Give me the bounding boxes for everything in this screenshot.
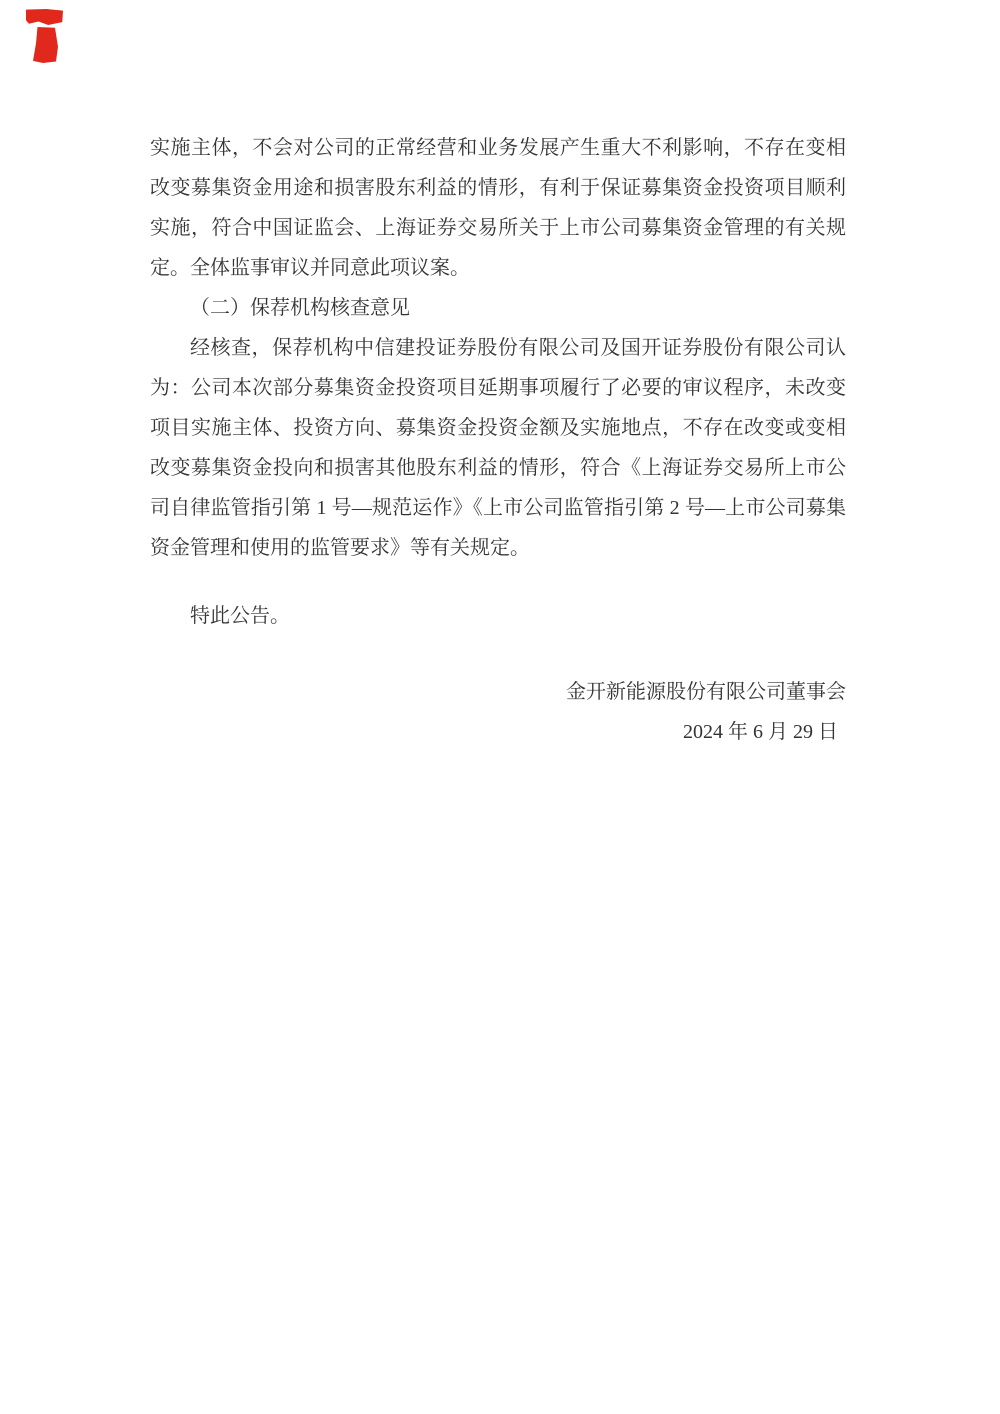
signature-date-line: 2024 年 6 月 29 日 [150,712,846,752]
closing-announcement-line: 特此公告。 [150,596,846,636]
paragraph-sponsor-opinion: 经核查，保荐机构中信建投证券股份有限公司及国开证券股份有限公司认为：公司本次部分… [150,328,846,568]
document-content: 实施主体，不会对公司的正常经营和业务发展产生重大不利影响，不存在变相改变募集资金… [150,128,846,752]
signature-block: 金开新能源股份有限公司董事会 2024 年 6 月 29 日 [150,672,846,752]
signature-company-line: 金开新能源股份有限公司董事会 [150,672,846,712]
document-page: 实施主体，不会对公司的正常经营和业务发展产生重大不利影响，不存在变相改变募集资金… [0,0,1000,1414]
red-pen-mark-top [26,9,63,25]
section-heading-sponsor-opinion: （二）保荐机构核查意见 [150,288,846,328]
paragraph-supervisors-opinion: 实施主体，不会对公司的正常经营和业务发展产生重大不利影响，不存在变相改变募集资金… [150,128,846,288]
red-pen-mark-bottom [33,27,58,63]
